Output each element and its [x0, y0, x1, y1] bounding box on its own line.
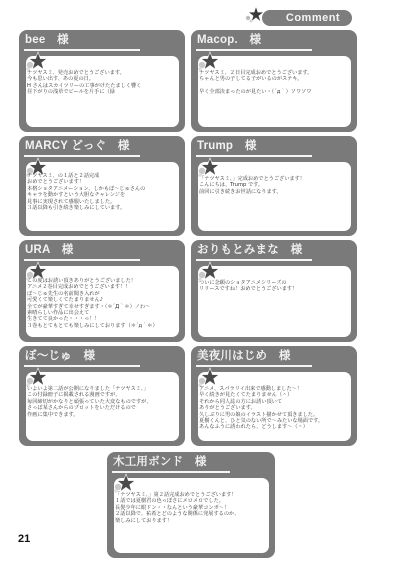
- comment-card-macop: Macop. 様 ナツヤスミ、２日目完成おめでとうございます。 ちゃんと男の子し…: [191, 30, 357, 132]
- comment-card-boju: ぼ～じゅ 様 いよいよ第二話が公開になりました「ナツヤスミ、」 この付録冊子に掲…: [19, 346, 185, 446]
- comment-card-bee: bee 様 ナツヤスミ、発売おめでとうございます。 今も思い出す、あの夏の日。 …: [19, 30, 185, 132]
- comment-card-marcy: MARCY どっぐ 様 ナツヤスミ、の１話と２話完成 おめでとうございます！ 本…: [19, 136, 185, 236]
- commenter-name: 木工用ボンド 様: [113, 454, 269, 470]
- comment-text: 「ナツヤスミ、」完成おめでとうございます！ こんにちは、Trump です。 前回…: [199, 176, 349, 195]
- star-icon: [25, 50, 47, 72]
- commenter-name: URA 様: [25, 242, 179, 258]
- comment-card-orimoto: おりもとみまな 様 ついに念願のショタアニメシリーズの リリースですね！おめでと…: [191, 240, 357, 342]
- comment-text: ナツヤスミ、の１話と２話完成 おめでとうございます！ 本格ショタアニメーション、…: [27, 173, 177, 211]
- comment-text: アニメ、スパラリイ出来で感動しました～！ 早く続きが見たくてたまりません（＾） …: [199, 386, 349, 431]
- star-icon: [25, 366, 47, 388]
- commenter-name: MARCY どっぐ 様: [25, 138, 179, 154]
- comment-text: この度はお誘い頂きありがとうございました！ アニメ２巻目完成おめでとうございます…: [27, 278, 177, 329]
- comment-card-ura: URA 様 この度はお誘い頂きありがとうございました！ アニメ２巻目完成おめでと…: [19, 240, 185, 342]
- comment-text: ナツヤスミ、発売おめでとうございます。 今も思い出す、あの夏の日。 H さんはス…: [27, 70, 177, 96]
- star-icon: [197, 366, 219, 388]
- comment-text: ついに念願のショタアニメシリーズの リリースですね！おめでとうございます！: [199, 280, 349, 293]
- commenter-name: 美夜川はじめ 様: [197, 348, 351, 364]
- comment-card-trump: Trump 様 「ナツヤスミ、」完成おめでとうございます！ こんにちは、Trum…: [191, 136, 357, 236]
- page-number: 21: [18, 533, 30, 545]
- comment-body: [198, 162, 351, 231]
- commenter-name: おりもとみまな 様: [197, 242, 351, 258]
- star-icon: [197, 156, 219, 178]
- commenter-name: ぼ～じゅ 様: [25, 348, 179, 364]
- comment-text: ナツヤスミ、２日目完成おめでとうございます。 ちゃんと男の子してる子がいるのがス…: [199, 70, 349, 96]
- commenter-name: bee 様: [25, 32, 179, 48]
- comment-text: 「ナツヤスミ、」第２話完成おめでとうございます！ １話では夏樹君の色っぽさにメロ…: [115, 492, 267, 524]
- comment-body: [198, 266, 351, 337]
- commenter-name: Macop. 様: [197, 32, 351, 48]
- comment-header-tab: Comment: [262, 10, 352, 26]
- star-icon: [197, 260, 219, 282]
- star-icon: [113, 472, 135, 494]
- commenter-name: Trump 様: [197, 138, 351, 154]
- comment-text: いよいよ第二話が公開になりました「ナツヤスミ、」 この付録冊子に掲載される漫画で…: [27, 386, 177, 418]
- comment-card-miyagawa: 美夜川はじめ 様 アニメ、スパラリイ出来で感動しました～！ 早く続きが見たくてた…: [191, 346, 357, 446]
- star-icon: [244, 4, 264, 24]
- comment-card-mokkou-bond: 木工用ボンド 様 「ナツヤスミ、」第２話完成おめでとうございます！ １話では夏樹…: [107, 452, 275, 558]
- star-icon: [197, 50, 219, 72]
